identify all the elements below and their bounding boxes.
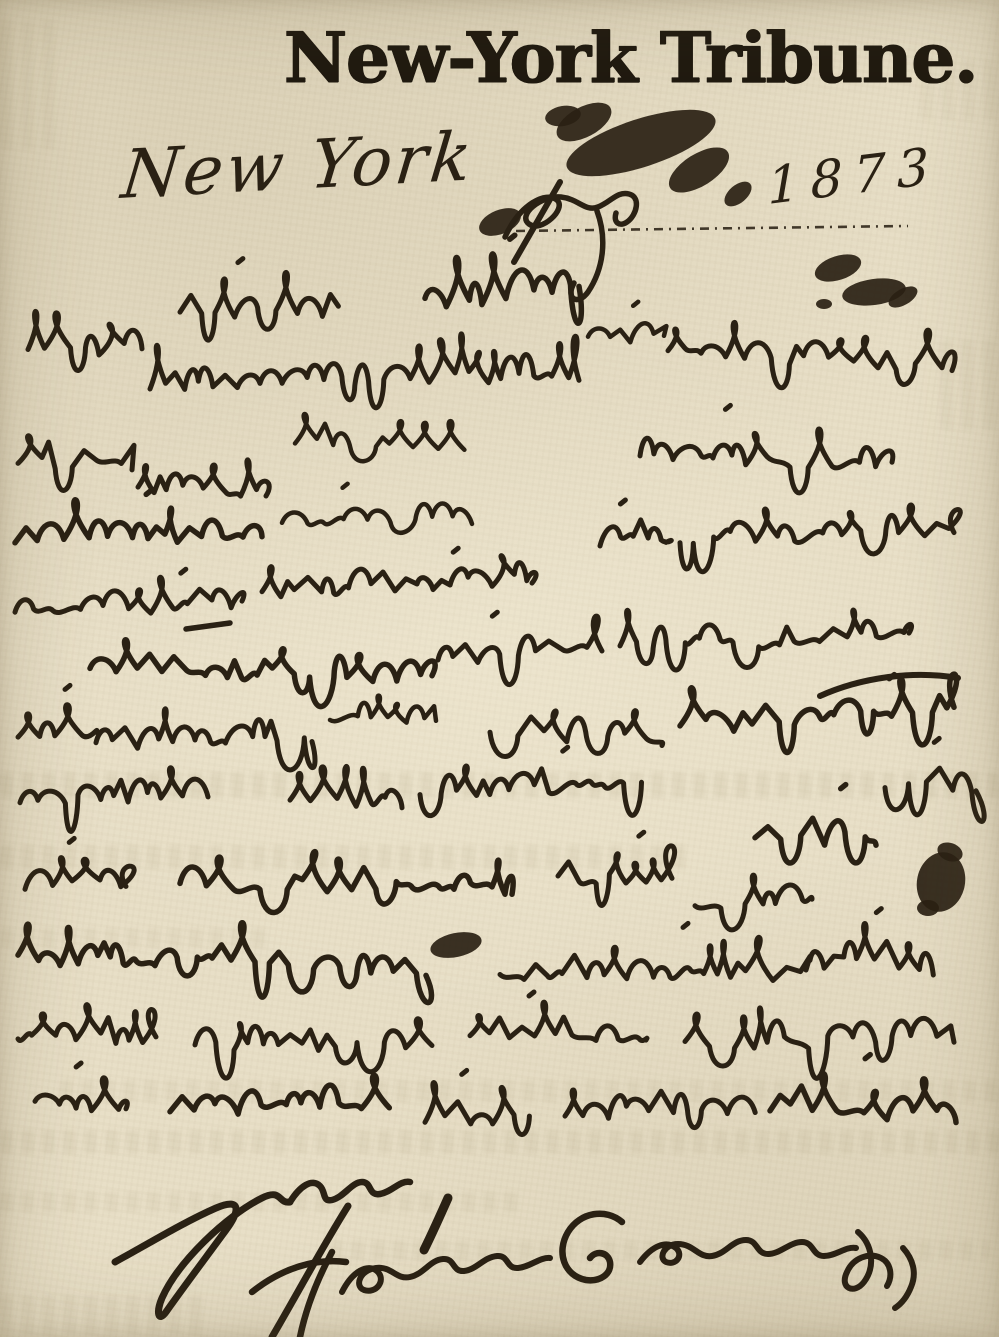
handwriting-stroke: [342, 1256, 550, 1292]
handwriting-stroke: [562, 1214, 622, 1281]
handwriting-stroke: [640, 405, 893, 493]
handwriting-stroke: [895, 1248, 914, 1308]
ink-blot: [816, 299, 832, 309]
handwriting-stroke: [470, 992, 647, 1041]
letter-page: New-York Tribune. New York 1873: [0, 0, 999, 1337]
handwriting-stroke: [685, 1008, 954, 1078]
handwriting-stroke: [885, 738, 984, 821]
handwriting-stroke: [18, 923, 432, 1003]
handwriting-stroke: [18, 685, 97, 737]
handwriting-stroke: [18, 1005, 156, 1044]
handwriting-stroke: [15, 569, 244, 613]
handwriting-stroke: [115, 1195, 290, 1317]
handwriting-stroke: [490, 711, 663, 757]
handwriting-stroke: [425, 235, 581, 323]
handwriting-stroke: [290, 766, 402, 807]
handwriting-stroke: [565, 1090, 755, 1128]
scrawl-strokes: [15, 235, 984, 1134]
handwriting-stroke: [695, 875, 812, 930]
handwriting-stroke: [186, 623, 230, 629]
handwriting-stroke: [18, 436, 134, 491]
handwriting-stroke: [588, 302, 666, 343]
handwriting-stroke: [170, 1075, 389, 1114]
handwriting-stroke: [195, 1019, 432, 1078]
handwriting-layer: [0, 0, 999, 1337]
handwriting-stroke: [438, 612, 602, 684]
dotted-date-rule: [516, 226, 908, 231]
handwriting-stroke: [295, 414, 464, 461]
handwriting-stroke: [150, 334, 579, 408]
handwriting-stroke: [620, 610, 912, 670]
handwriting-stroke: [640, 1240, 856, 1263]
handwriting-stroke: [810, 909, 933, 975]
handwriting-stroke: [25, 838, 134, 889]
handwriting-stroke: [420, 747, 642, 815]
handwriting-stroke: [680, 674, 957, 752]
handwriting-stroke: [680, 505, 960, 572]
handwriting-stroke: [424, 1198, 448, 1250]
handwriting-stroke: [180, 852, 513, 913]
ink-blot: [428, 928, 484, 962]
handwriting-stroke: [500, 923, 810, 980]
handwriting-stroke: [600, 500, 671, 546]
handwriting-stroke: [20, 768, 208, 832]
handwriting-stroke: [558, 832, 675, 905]
handwriting-stroke: [90, 640, 435, 707]
handwriting-stroke: [845, 1232, 891, 1289]
ink-blot: [811, 249, 864, 287]
handwriting-stroke: [770, 1055, 956, 1123]
handwriting-stroke: [330, 696, 436, 723]
handwriting-stroke: [290, 1182, 410, 1202]
handwriting-stroke: [180, 259, 338, 341]
handwriting-stroke: [35, 1063, 127, 1111]
ink-blot: [720, 177, 756, 211]
handwriting-stroke: [282, 484, 472, 533]
handwriting-stroke: [96, 709, 315, 770]
handwriting-stroke: [820, 675, 958, 696]
handwriting-stroke: [425, 1070, 529, 1134]
handwriting-stroke: [262, 548, 536, 597]
handwriting-stroke: [138, 460, 269, 496]
handwriting-stroke: [755, 785, 876, 863]
handwriting-stroke: [15, 490, 262, 542]
handwriting-stroke: [668, 322, 955, 387]
handwriting-stroke: [514, 182, 560, 262]
ink-blot: [917, 900, 939, 916]
handwriting-stroke: [28, 311, 142, 370]
